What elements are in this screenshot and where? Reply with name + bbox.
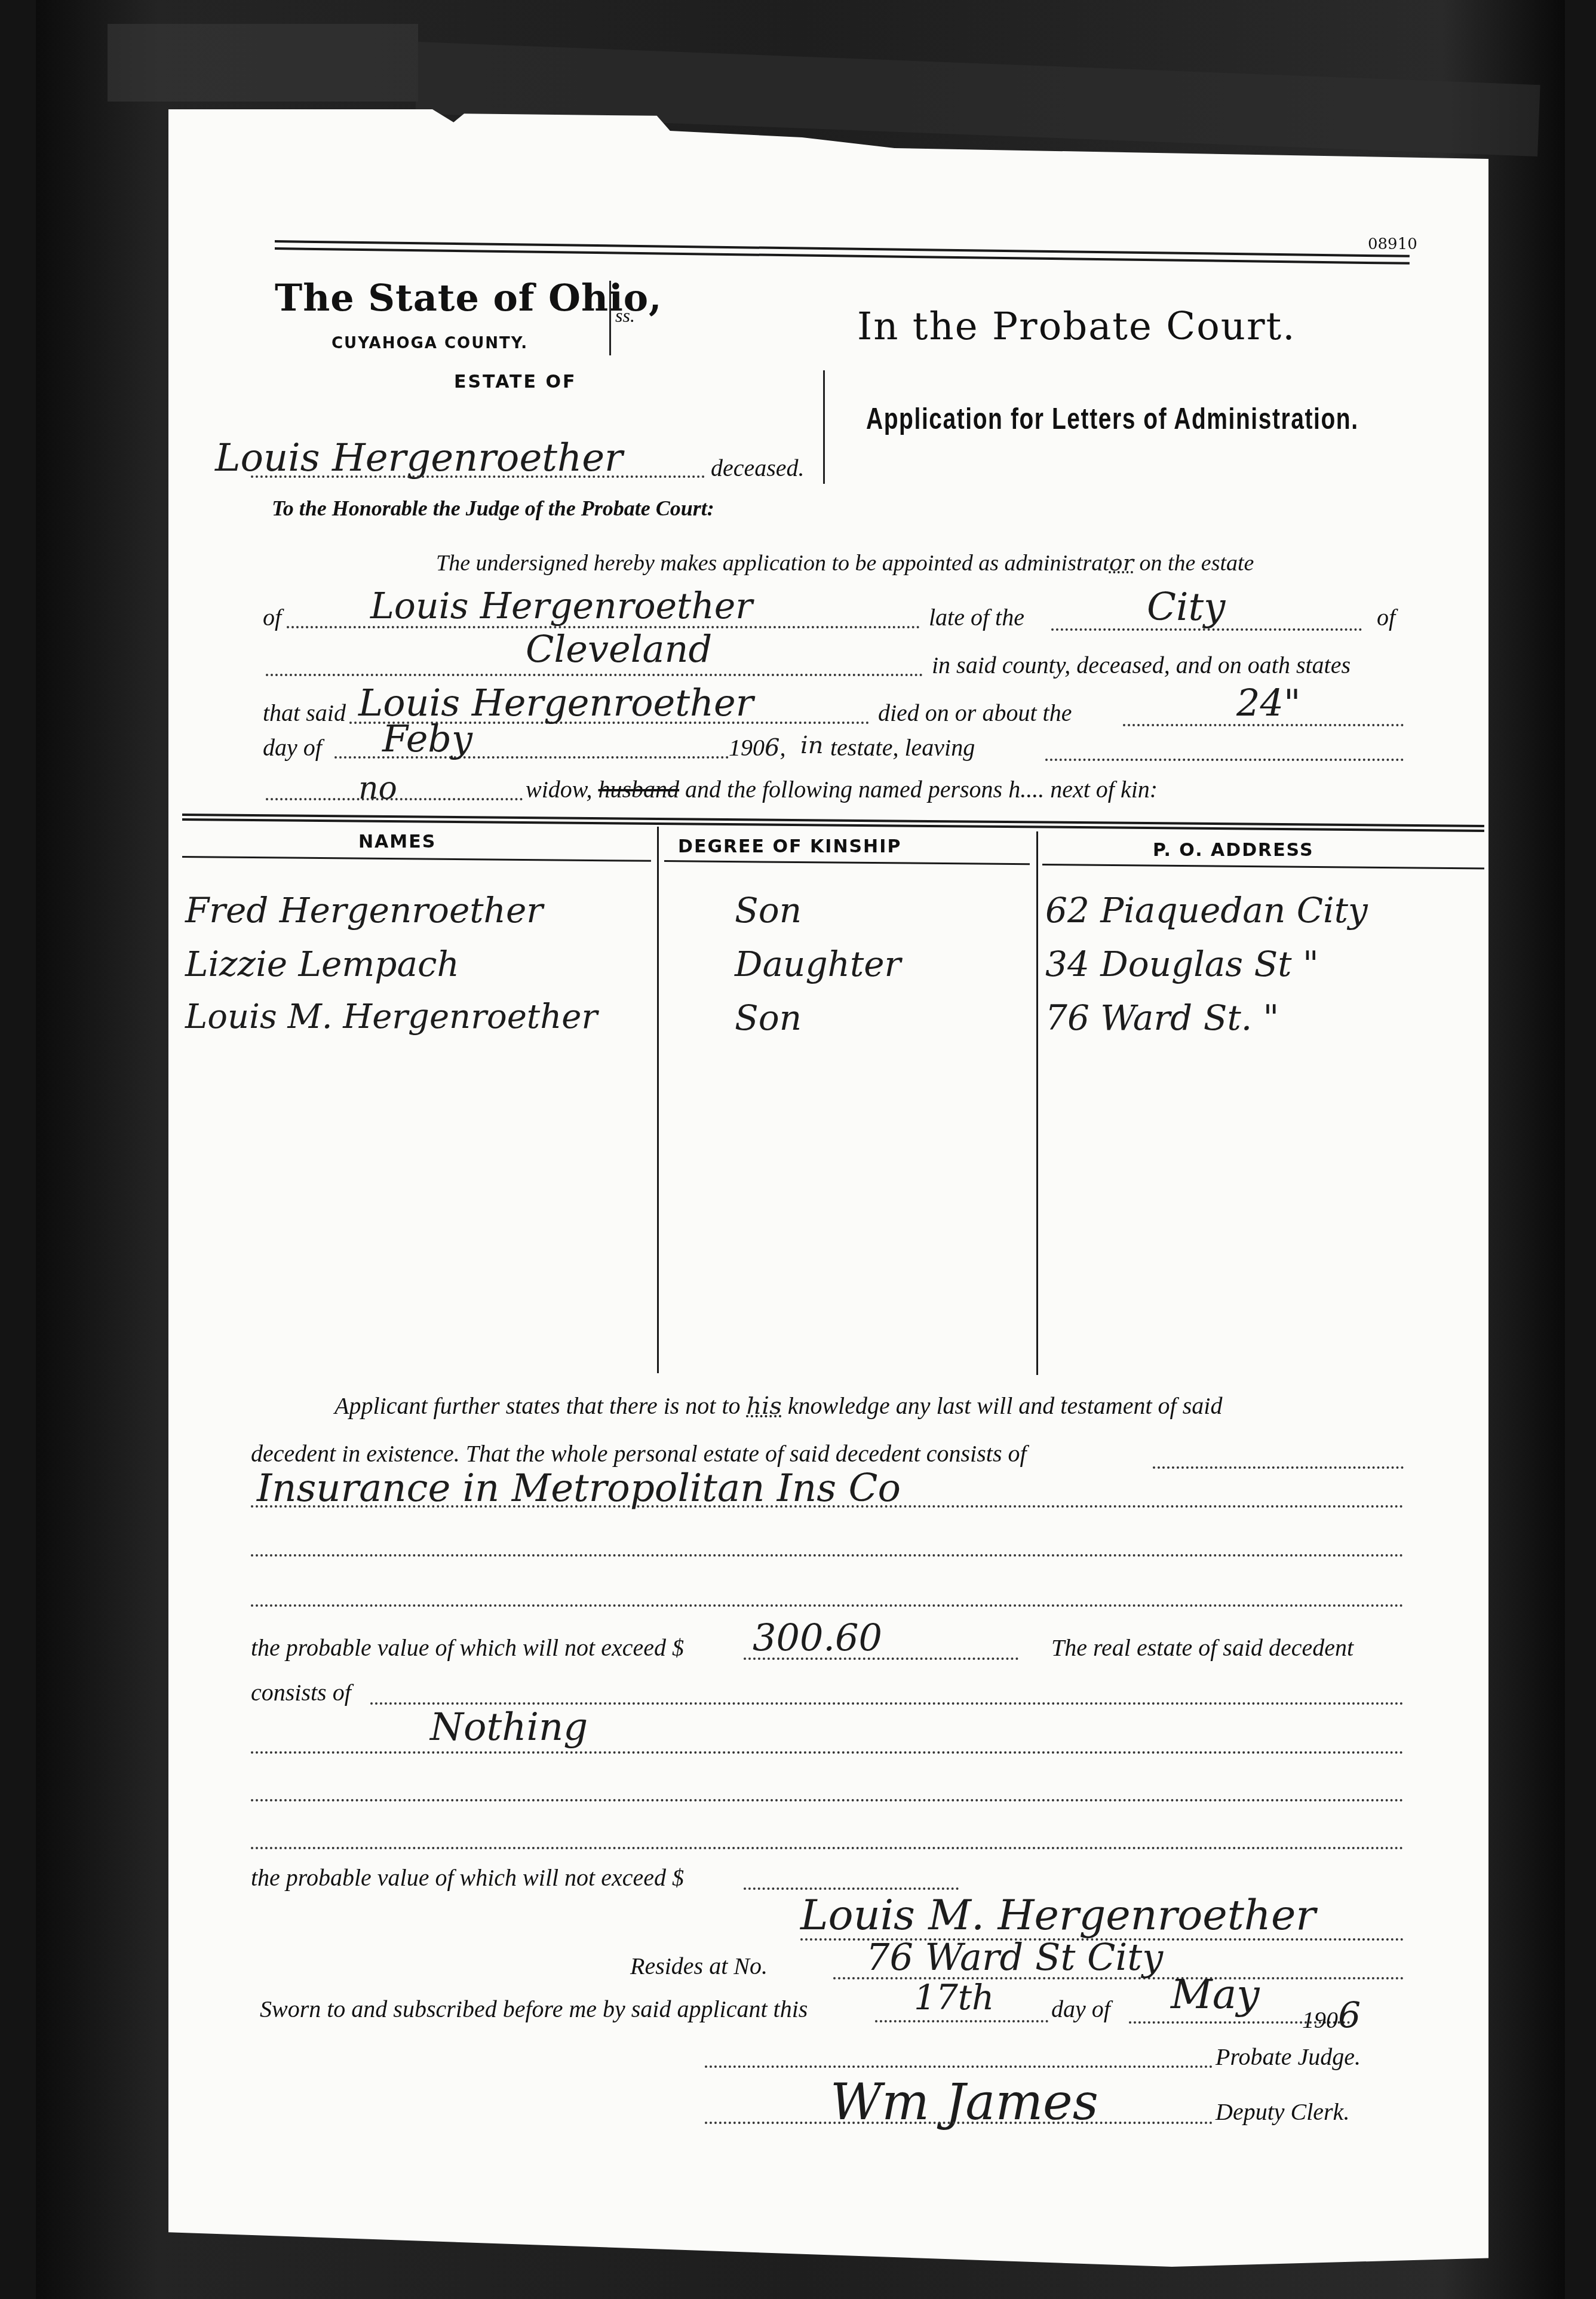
ss-label: ss. bbox=[615, 305, 635, 327]
state-heading: The State of Ohio, bbox=[275, 276, 662, 320]
sworn-month: May bbox=[1171, 1971, 1260, 2018]
county-text: in said county, deceased, and on oath st… bbox=[932, 651, 1351, 679]
decedent-name: Louis Hergenroether bbox=[215, 436, 623, 480]
probable-value-label: the probable value of which will not exc… bbox=[251, 1634, 684, 1662]
resides-value: 76 Ward St City bbox=[866, 1935, 1163, 1979]
death-day: 24" bbox=[1236, 681, 1300, 725]
personal-value: 300.60 bbox=[753, 1616, 882, 1659]
personal-estate-value: Insurance in Metropolitan Ins Co bbox=[257, 1466, 901, 1511]
widow-value: no bbox=[358, 771, 397, 806]
widow-line: widow, husband and the following named p… bbox=[526, 775, 1158, 803]
resides-label: Resides at No. bbox=[630, 1952, 768, 1980]
real-estate-value: Nothing bbox=[430, 1705, 588, 1749]
fill-line bbox=[251, 1751, 1404, 1754]
fill-line bbox=[370, 1702, 1404, 1705]
of-label-2: of bbox=[1377, 603, 1395, 631]
column-header-address: P. O. ADDRESS bbox=[1153, 840, 1314, 861]
kin-address: 34 Douglas St " bbox=[1045, 944, 1319, 984]
decedent-name-2: Louis Hergenroether bbox=[370, 585, 753, 627]
column-header-kinship: DEGREE OF KINSHIP bbox=[678, 836, 901, 857]
deceased-label: deceased. bbox=[711, 454, 805, 482]
real-estate-label: The real estate of said decedent bbox=[1051, 1634, 1353, 1662]
fill-line bbox=[251, 1604, 1404, 1607]
fill-line bbox=[251, 1799, 1404, 1801]
text: The undersigned hereby makes application… bbox=[436, 551, 1109, 576]
probable-value-label-2: the probable value of which will not exc… bbox=[251, 1864, 684, 1892]
scan-shadow bbox=[108, 24, 418, 102]
text: next of kin: bbox=[1050, 776, 1158, 803]
sworn-day: 17th bbox=[914, 1977, 994, 2018]
county-label: CUYAHOGA COUNTY. bbox=[332, 334, 528, 352]
year-prefix: 190 bbox=[729, 734, 765, 761]
sworn-year: 1906 bbox=[1302, 1995, 1361, 2037]
column-header-names: NAMES bbox=[358, 831, 436, 852]
further-line-1: Applicant further states that there is n… bbox=[334, 1392, 1222, 1420]
late-of-label: late of the bbox=[929, 603, 1024, 631]
kin-address: 76 Ward St. " bbox=[1045, 997, 1279, 1038]
column-divider bbox=[657, 827, 659, 1373]
text: and the following named persons h bbox=[685, 776, 1020, 803]
court-title: In the Probate Court. bbox=[857, 305, 1296, 349]
sworn-label: Sworn to and subscribed before me by sai… bbox=[260, 1995, 808, 2023]
year-suffix: 6 bbox=[1338, 1995, 1361, 2037]
judge-line bbox=[705, 2065, 1213, 2068]
fill-line bbox=[1045, 759, 1404, 761]
death-month: Feby bbox=[382, 717, 472, 760]
text: knowledge any last will and testament of… bbox=[788, 1392, 1223, 1419]
applicant-signature: Louis M. Hergenroether bbox=[800, 1890, 1316, 1939]
pronoun: his bbox=[747, 1392, 782, 1420]
column-divider bbox=[1036, 831, 1038, 1375]
salutation: To the Honorable the Judge of the Probat… bbox=[272, 496, 714, 521]
kin-degree: Daughter bbox=[735, 944, 901, 984]
death-year: 1906, bbox=[729, 733, 785, 762]
text: Applicant further states that there is n… bbox=[334, 1392, 741, 1419]
admin-suffix: or bbox=[1109, 550, 1134, 576]
kin-name: Lizzie Lempach bbox=[185, 944, 459, 984]
kin-name: Louis M. Hergenroether bbox=[185, 997, 597, 1036]
intestate-text: testate, leaving bbox=[830, 733, 975, 762]
day-of-label: day of bbox=[263, 733, 322, 762]
clerk-line bbox=[705, 2122, 1213, 2124]
fill-line bbox=[251, 475, 705, 478]
late-of-value: City bbox=[1147, 585, 1225, 630]
estate-of-label: ESTATE OF bbox=[454, 372, 577, 392]
that-said-label: that said bbox=[263, 699, 346, 727]
fill-line bbox=[251, 1554, 1404, 1557]
of-label: of bbox=[263, 603, 281, 631]
fill-line bbox=[251, 1847, 1404, 1849]
bracket bbox=[609, 281, 611, 355]
kin-degree: Son bbox=[735, 997, 802, 1038]
place-value: Cleveland bbox=[526, 627, 712, 671]
application-line-1: The undersigned hereby makes application… bbox=[436, 550, 1254, 576]
kin-degree: Son bbox=[735, 890, 802, 931]
bracket bbox=[823, 370, 825, 484]
deputy-clerk-label: Deputy Clerk. bbox=[1216, 2098, 1349, 2126]
text: widow, bbox=[526, 776, 593, 803]
probate-judge-label: Probate Judge. bbox=[1216, 2043, 1361, 2071]
kin-name: Fred Hergenroether bbox=[185, 890, 543, 931]
consists-label: consists of bbox=[251, 1678, 351, 1706]
year-prefix: 190 bbox=[1302, 2006, 1338, 2033]
died-label: died on or about the bbox=[878, 699, 1072, 727]
text: on the estate bbox=[1139, 551, 1254, 576]
kin-address: 62 Piaquedan City bbox=[1045, 890, 1368, 931]
sworn-day-of: day of bbox=[1051, 1995, 1110, 2023]
fill-line bbox=[1153, 1466, 1404, 1469]
fill-line bbox=[266, 674, 923, 676]
year-suffix: 6 bbox=[765, 734, 779, 762]
fill-line bbox=[744, 1887, 959, 1890]
fill-line bbox=[875, 2020, 1048, 2022]
struck-text: husband bbox=[598, 776, 680, 803]
intestate-prefix: in bbox=[800, 732, 824, 759]
form-title: Application for Letters of Administratio… bbox=[866, 401, 1359, 436]
form-number: 08910 bbox=[1368, 235, 1417, 253]
further-line-2: decedent in existence. That the whole pe… bbox=[251, 1439, 1027, 1468]
